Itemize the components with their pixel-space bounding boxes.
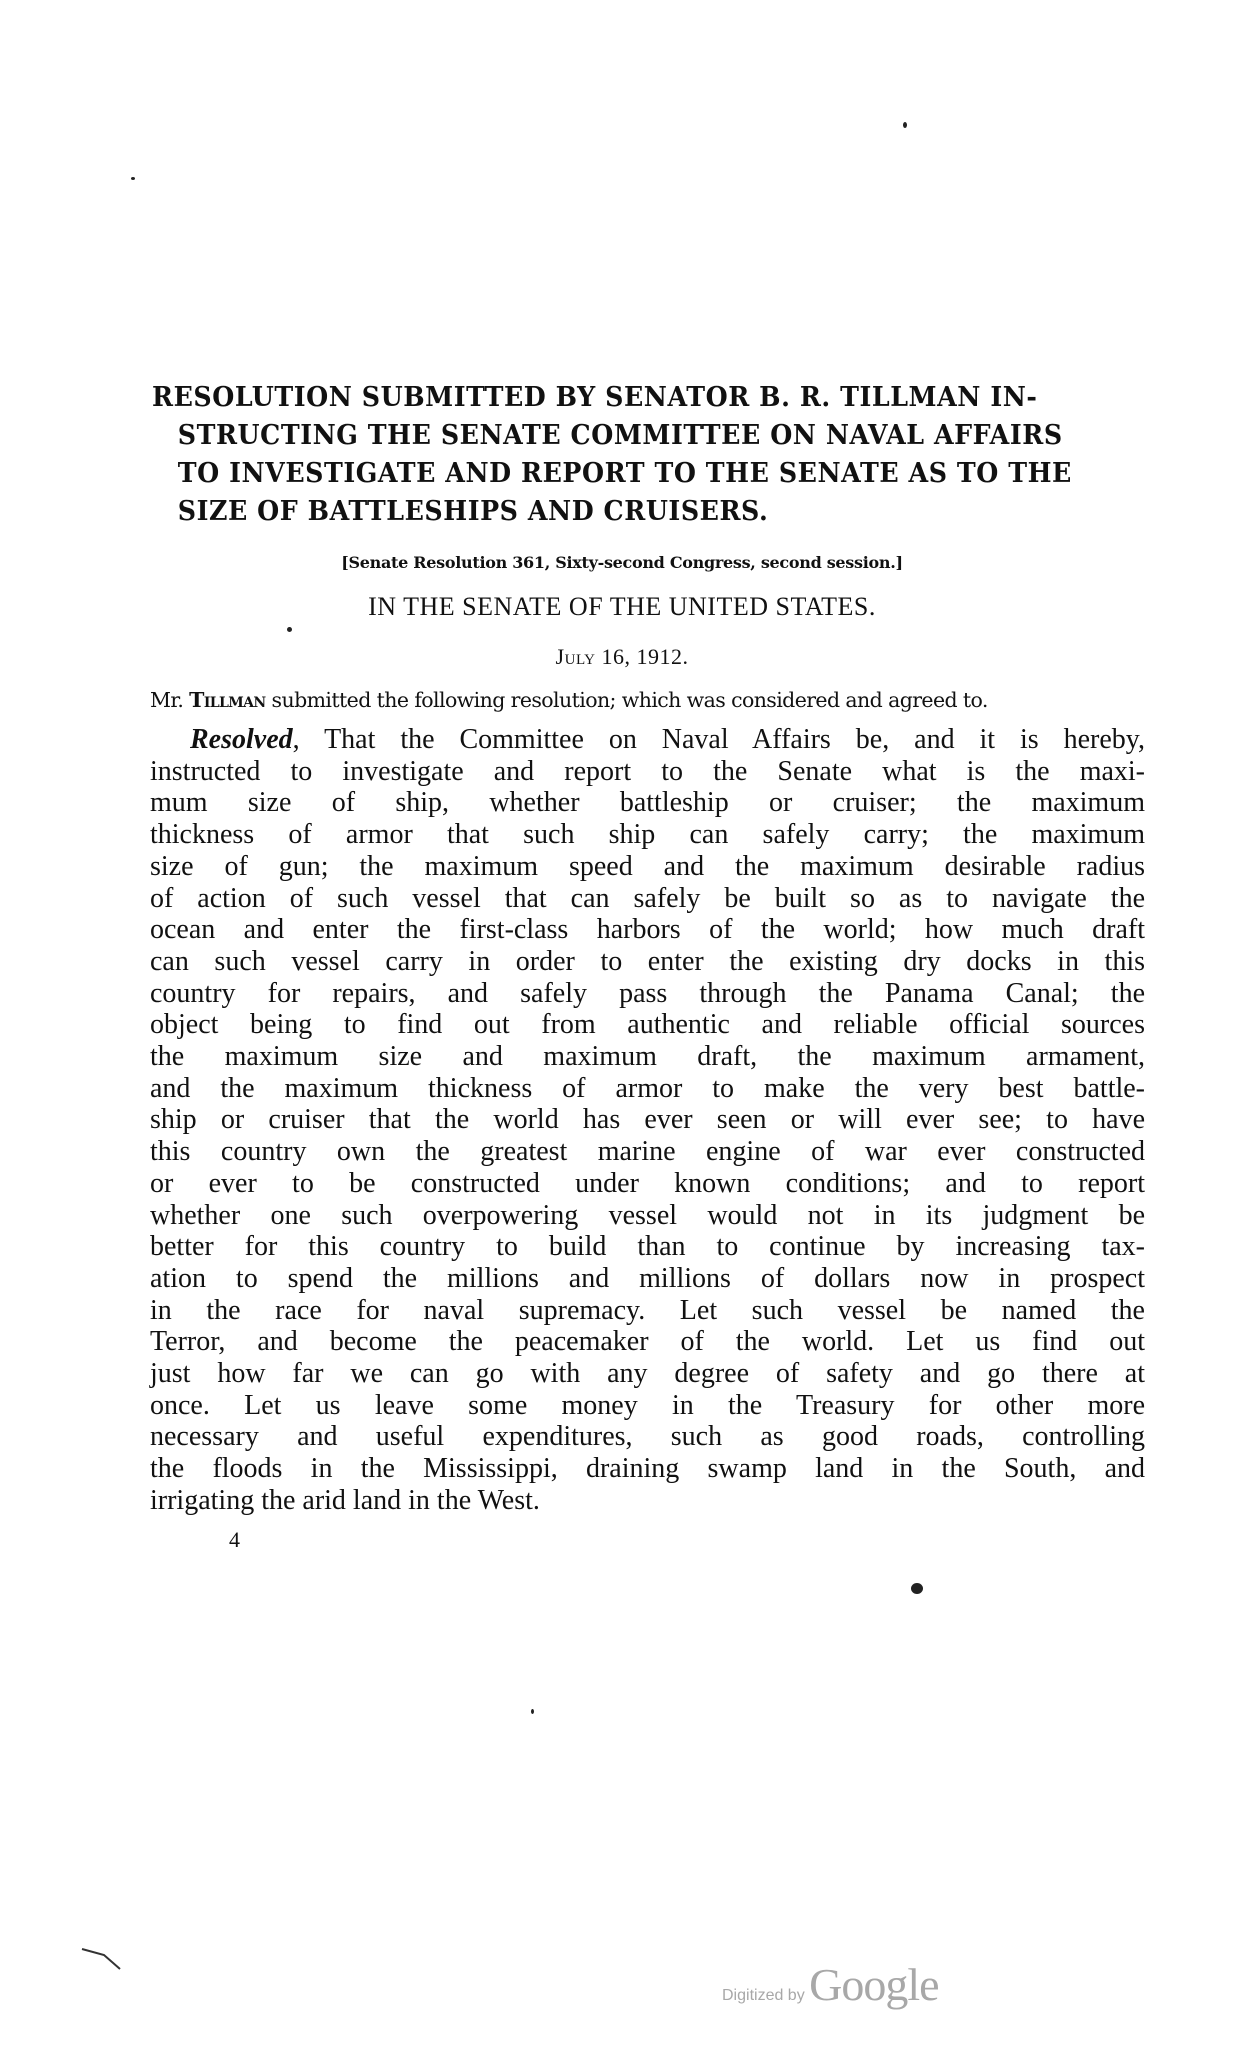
body-line: necessary and useful expenditures, such … — [150, 1421, 1145, 1453]
scan-mark — [80, 1945, 140, 1975]
body-line: country for repairs, and safely pass thr… — [150, 978, 1145, 1010]
resolution-citation: [Senate Resolution 361, Sixty-second Con… — [0, 553, 1244, 572]
resolved-keyword: Resolved — [190, 724, 293, 755]
body-line: size of gun; the maximum speed and the m… — [150, 851, 1145, 883]
resolution-date: July 16, 1912. — [0, 644, 1244, 670]
body-line: Terror, and become the peacemaker of the… — [150, 1326, 1145, 1358]
body-line: once. Let us leave some money in the Tre… — [150, 1390, 1145, 1422]
chamber-heading: IN THE SENATE OF THE UNITED STATES. — [0, 592, 1244, 622]
google-logo: Google — [809, 1959, 938, 2010]
resolution-body: Resolved, That the Committee on Naval Af… — [150, 724, 1145, 1517]
scan-speck — [911, 1583, 923, 1594]
body-line: ship or cruiser that the world has ever … — [150, 1104, 1145, 1136]
body-line: irrigating the arid land in the West. — [150, 1485, 1145, 1517]
date-month: July — [556, 644, 596, 669]
body-line: just how far we can go with any degree o… — [150, 1358, 1145, 1390]
body-text: , That the Committee on Naval Affairs be… — [293, 724, 1145, 755]
scanned-page: RESOLUTION SUBMITTED BY SENATOR B. R. TI… — [0, 0, 1244, 2048]
submission-note: Mr. Tillman submitted the following reso… — [150, 688, 1146, 712]
watermark-prefix: Digitized by — [722, 1987, 805, 2004]
title-line: STRUCTING THE SENATE COMMITTEE ON NAVAL … — [152, 416, 1068, 454]
body-line: the maximum size and maximum draft, the … — [150, 1041, 1145, 1073]
body-line: or ever to be constructed under known co… — [150, 1168, 1145, 1200]
scan-speck — [903, 122, 907, 128]
body-line: better for this country to build than to… — [150, 1231, 1145, 1263]
body-line: the floods in the Mississippi, draining … — [150, 1453, 1145, 1485]
intro-text: submitted the following resolution; whic… — [266, 688, 988, 712]
body-line: instructed to investigate and report to … — [150, 756, 1145, 788]
body-line: ocean and enter the first-class harbors … — [150, 914, 1145, 946]
title-line: TO INVESTIGATE AND REPORT TO THE SENATE … — [152, 454, 1068, 492]
scan-speck — [531, 1709, 534, 1714]
body-line: thickness of armor that such ship can sa… — [150, 819, 1145, 851]
body-line: object being to find out from authentic … — [150, 1009, 1145, 1041]
scan-speck — [131, 177, 135, 180]
body-line: Resolved, That the Committee on Naval Af… — [150, 724, 1145, 756]
body-line: and the maximum thickness of armor to ma… — [150, 1073, 1145, 1105]
date-day-year: 16, 1912. — [601, 644, 688, 669]
body-line: of action of such vessel that can safely… — [150, 883, 1145, 915]
body-line: mum size of ship, whether battleship or … — [150, 787, 1145, 819]
scan-speck — [287, 627, 292, 632]
digitized-watermark: Digitized by Google — [722, 1958, 939, 2011]
page-number: 4 — [229, 1527, 240, 1553]
body-line: this country own the greatest marine eng… — [150, 1136, 1145, 1168]
body-line: in the race for naval supremacy. Let suc… — [150, 1295, 1145, 1327]
senator-name: Tillman — [189, 688, 265, 712]
body-line: ation to spend the millions and millions… — [150, 1263, 1145, 1295]
title-line: SIZE OF BATTLESHIPS AND CRUISERS. — [152, 492, 1068, 530]
body-line: can such vessel carry in order to enter … — [150, 946, 1145, 978]
intro-prefix: Mr. — [150, 688, 189, 712]
body-line: whether one such overpowering vessel wou… — [150, 1200, 1145, 1232]
title-line: RESOLUTION SUBMITTED BY SENATOR B. R. TI… — [152, 378, 1068, 416]
resolution-title: RESOLUTION SUBMITTED BY SENATOR B. R. TI… — [152, 378, 1068, 530]
